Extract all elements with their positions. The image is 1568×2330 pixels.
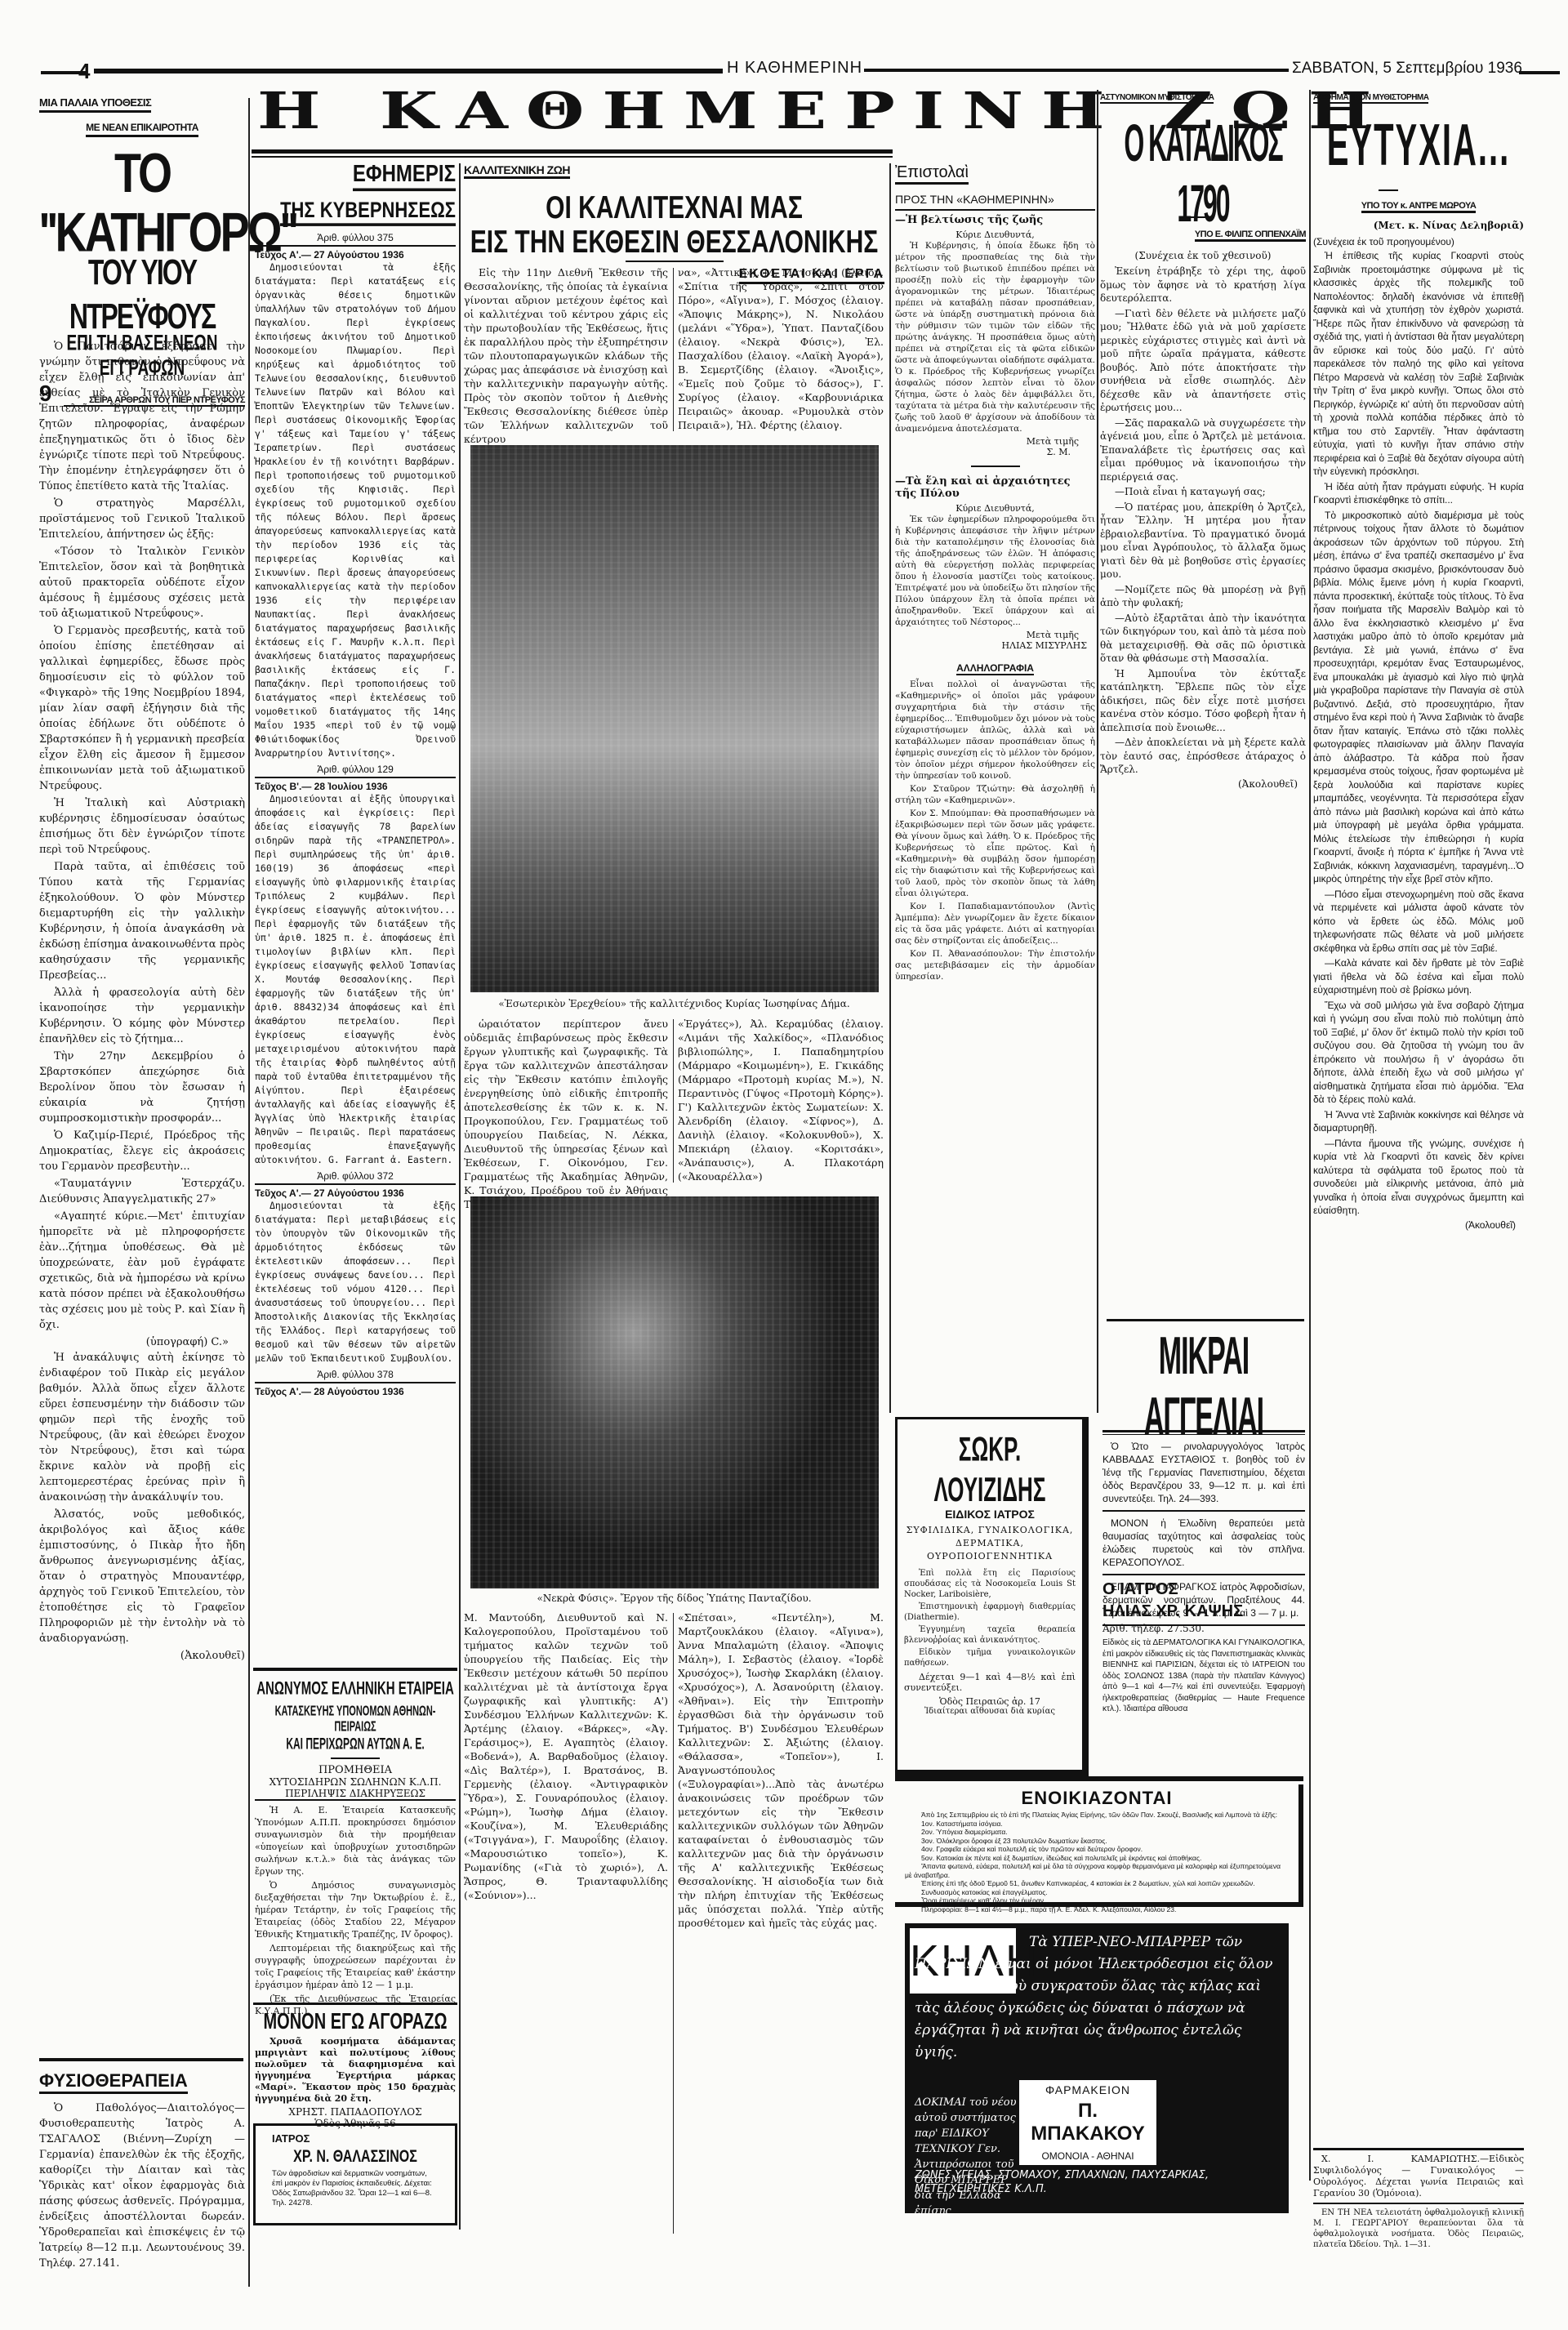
letter-2-title: —Τὰ ἕλη καὶ αἱ ἀρχαιότητες τῆς Πύλου — [895, 475, 1095, 500]
ypap-title-1: ΑΝΩΝΥΜΟΣ ΕΛΛΗΝΙΚΗ ΕΤΑΙΡΕΙΑ — [255, 1678, 456, 1700]
art-title-2: ΕΙΣ ΤΗΝ ΕΚΘΕΣΙΝ ΘΕΣΣΑΛΟΝΙΚΗΣ — [464, 225, 884, 261]
dreyfus-follows: (Ἀκολουθεῖ) — [39, 1648, 245, 1664]
louizidis-ad: ΣΩΚΡ. ΛΟΥΙΖΙΔΗΣ ΕΙΔΙΚΟΣ ΙΑΤΡΟΣ ΣΥΦΙΛΙΔΙΚ… — [895, 1417, 1089, 1776]
gold-rule — [253, 2003, 457, 2005]
column-divider — [248, 98, 250, 2287]
fortune-title: ΕΥΤΥΧΙΑ... — [1313, 114, 1524, 180]
rent-ad: ΕΝΟΙΚΙΑΖΟΝΤΑΙ Ἀπὸ 1ης Σεπτεμβρίου εἰς τὸ… — [895, 1784, 1303, 1907]
classifieds-title: ΜΙΚΡΑΙ ΑΓΓΕΛΙΑΙ — [1102, 1327, 1305, 1448]
masthead-rule — [252, 149, 893, 154]
kili-trial: ΔΟΚΙΜΑΙ τοῦ νέου αὐτοῦ συστήματος παρ' Ε… — [915, 2095, 1019, 2219]
thalassinos-name: ΧΡ. Ν. ΘΑΛΑΣΣΙΝΟΣ — [272, 2148, 439, 2167]
photo-erechtheion — [470, 445, 879, 992]
photo-still-life — [470, 1196, 879, 1588]
gazette-text-2: Δημοσιεύονται αἱ ἑξῆς ὑπουργικαὶ ἀποφάσε… — [255, 792, 456, 1167]
gazette-sheet-372: Ἀριθ. φύλλου 372 — [255, 1170, 456, 1185]
gold-title: ΜΟΝΟΝ ΕΓΩ ΑΓΟΡΑΖΩ — [255, 2009, 456, 2035]
gazette-title-1: ΕΦΗΜΕΡΙΣ — [353, 161, 456, 191]
photo-erechtheion-caption: «Ἐσωτερικὸν Ἐρεχθείου» τῆς καλλιτέχνιδος… — [464, 998, 884, 1009]
header-rule-mid-right — [864, 69, 1289, 72]
convict-follows: (Ἀκολουθεῖ) — [1100, 778, 1306, 790]
gold-name: ΧΡΗΣΤ. ΠΑΠΑΔΟΠΟΥΛΟΣ — [255, 2106, 456, 2118]
ypap-title-2: ΚΑΤΑΣΚΕΥΗΣ ΥΠΟΝΟΜΩΝ ΑΘΗΝΩΝ-ΠΕΙΡΑΙΩΣ — [255, 1704, 456, 1735]
column-divider — [1097, 90, 1098, 1413]
ypap-sub-2: ΧΥΤΟΣΙΔΗΡΩΝ ΣΩΛΗΝΩΝ Κ.Λ.Π. — [255, 1776, 456, 1788]
art-col-1: Εἰς τὴν 11ην Διεθνῆ Ἔκθεσιν τῆς Θεσσαλον… — [464, 265, 668, 448]
kili-headline: Τὰ ΥΠΕΡ-ΝΕΟ-ΜΠΑΡΡΕΡ τῶν ΠΑΡΙΣΙΩΝ εἶναι ο… — [915, 1931, 1282, 2064]
ypap-ad: ΑΝΩΝΥΜΟΣ ΕΛΛΗΝΙΚΗ ΕΤΑΙΡΕΙΑ ΚΑΤΑΣΚΕΥΗΣ ΥΠ… — [255, 1678, 456, 2019]
art-kicker: ΚΑΛΛΙΤΕΧΝΙΚΗ ΖΩΗ — [464, 163, 570, 179]
art-col-3: ὡραιότατον περίπτερον ἄνευ οὐδεμιᾶς ἐπιβ… — [464, 1017, 668, 1213]
kili-ad: ΚΗΛΗ Τὰ ΥΠΕΡ-ΝΕΟ-ΜΠΑΡΡΕΡ τῶν ΠΑΡΙΣΙΩΝ εἶ… — [905, 1923, 1289, 2213]
letters: Ἐπιστολαὶ ΠΡΟΣ ΤΗΝ «ΚΑΘΗΜΕΡΙΝΗΝ» —Ἡ βελτ… — [895, 163, 1095, 984]
louizidis-name: ΣΩΚΡ. ΛΟΥΙΖΙΔΗΣ — [904, 1429, 1076, 1510]
ypap-divider — [331, 1758, 380, 1759]
art-title-1: ΟΙ ΚΑΛΛΙΤΕΧΝΑΙ ΜΑΣ — [464, 190, 884, 226]
right-small-ads: Χ. Ι. ΚΑΜΑΡΙΩΤΗΣ.—Εἰδικὸς Συφιλιδολόγος … — [1313, 2148, 1524, 2250]
fortune-serial: ΑΙΣΘΗΜΑΤΙΚΟΝ ΜΥΘΙΣΤΟΡΗΜΑ ΕΥΤΥΧΙΑ... ΥΠΟ … — [1313, 90, 1524, 1231]
column-divider — [889, 163, 891, 1413]
column-divider — [1309, 90, 1311, 2181]
physio-ad: ΦΥΣΙΟΘΕΡΑΠΕΙΑ Ὁ Παθολόγος—Διαιτολόγος—Φυ… — [39, 2070, 245, 2273]
letter-1-title: —Ἡ βελτίωσις τῆς ζωῆς — [895, 214, 1095, 226]
photo-still-life-caption: «Νεκρὰ Φύσις». Ἔργον τῆς δίδος Ὑπάτης Πα… — [464, 1593, 884, 1604]
convict-serial: ΑΣΤΥΝΟΜΙΚΟΝ ΜΥΘΙΣΤΟΡΗΜΑ Ο ΚΑΤΑΔΙΚΟΣ 1790… — [1100, 90, 1306, 790]
classified-item: ΜΟΝΟΝ ἡ Ἑλωδίνη θεραπεύει μετὰ θαυμασίας… — [1102, 1517, 1305, 1569]
fortune-translator: (Μετ. κ. Νίνας Δεληβοριᾶ) — [1313, 220, 1524, 231]
fortune-kicker: ΑΙΣΘΗΜΑΤΙΚΟΝ ΜΥΘΙΣΤΟΡΗΜΑ — [1313, 93, 1428, 104]
dreyfus-kicker-1: ΜΙΑ ΠΑΛΑΙΑ ΥΠΟΘΕΣΙΣ — [39, 96, 151, 113]
classified-item: Ὁ Ὠτο — ρινολαρυγγολόγος Ἰατρὸς ΚΑΒΒΑΔΑΣ… — [1102, 1440, 1305, 1505]
kapsis-name: ΗΛΙΑΣ ΧΡ. ΚΑΨΗΣ — [1102, 1602, 1305, 1621]
dreyfus-body: Ὁ Πανιτσάρντι ἐξέφρασε τὴν γνώμην ὅτι πι… — [39, 339, 245, 1664]
thalassinos-ad: ΙΑΤΡΟΣ ΧΡ. Ν. ΘΑΛΑΣΣΙΝΟΣ Τῶν ἀφροδισίων … — [253, 2123, 457, 2225]
fortune-follows: (Ἀκολουθεῖ) — [1313, 1219, 1524, 1231]
pharmacy-name: Π. ΜΠΑΚΑΚΟΥ — [1019, 2100, 1156, 2145]
art-col-5: Μ. Μαντούδη, Διευθυντοῦ καὶ Ν. Καλογεροπ… — [464, 1611, 668, 1904]
gazette-text-1: Δημοσιεύονται τὰ ἑξῆς διατάγματα: Περὶ κ… — [255, 261, 456, 760]
fortune-author: ΥΠΟ ΤΟΥ κ. ΑΝΤΡΕ ΜΩΡΟΥΑ — [1361, 201, 1477, 213]
convict-continued: (Συνέχεια ἐκ τοῦ χθεσινοῦ) — [1100, 250, 1306, 261]
ypap-sub-3: ΠΕΡΙΛΗΨΙΣ ΔΙΑΚΗΡΥΞΕΩΣ — [255, 1788, 456, 1801]
column-divider — [459, 163, 461, 2230]
convict-kicker: ΑΣΤΥΝΟΜΙΚΟΝ ΜΥΘΙΣΤΟΡΗΜΑ — [1100, 93, 1214, 104]
thalassinos-label: ΙΑΤΡΟΣ — [272, 2132, 439, 2145]
convict-title: Ο ΚΑΤΑΔΙΚΟΣ 1790 — [1100, 114, 1306, 234]
gazette-title-2: ΤΗΣ ΚΥΒΕΡΝΗΣΕΩΣ — [280, 198, 456, 226]
gazette-sheet-378: Ἀριθ. φύλλου 378 — [255, 1369, 456, 1383]
physio-text: Ὁ Παθολόγος—Διαιτολόγος—Φυσιοθεραπευτὴς … — [39, 2101, 245, 2271]
gazette-sheet-129: Ἀριθ. φύλλου 129 — [255, 764, 456, 778]
ypap-title-3: ΚΑΙ ΠΕΡΙΧΩΡΩΝ ΑΥΤΩΝ Α. Ε. — [255, 1735, 456, 1753]
kamariotis-ad: Χ. Ι. ΚΑΜΑΡΙΩΤΗΣ.—Εἰδικὸς Συφιλιδολόγος … — [1313, 2154, 1524, 2199]
header-paper-name: Η ΚΑΘΗΜΕΡΙΝΗ — [727, 59, 862, 78]
ypap-rule — [253, 1668, 457, 1671]
art-col-2: να», «Ἀττική»), Μ. Ματσάκης (ἐλαιογ. «Σπ… — [678, 265, 884, 434]
art-col-4: «Ἐργάτες»), Ἀλ. Κεραμύδας (ἐλαιογ. «Λιμά… — [678, 1017, 884, 1185]
kapsis-ad-body: Ο ΙΑΤΡΟΣ ΗΛΙΑΣ ΧΡ. ΚΑΨΗΣ Ἀριθ. τηλεφ. 27… — [1102, 1580, 1305, 1715]
dreyfus-signature: (ὑπογραφή) C.» — [39, 1334, 245, 1350]
gazette-issue-3: Τεῦχος Α'.— 27 Αὐγούστου 1936 — [255, 1187, 456, 1199]
dreyfus-kicker-2: ΜΕ ΝΕΑΝ ΕΠΙΚΑΙΡΟΤΗΤΑ — [39, 121, 245, 137]
letters-subtitle: ΠΡΟΣ ΤΗΝ «ΚΑΘΗΜΕΡΙΝΗΝ» — [895, 193, 1095, 211]
physio-rule — [39, 2058, 243, 2061]
header-rule-mid-left — [94, 69, 723, 74]
pharmacy-box: ΦΑΡΜΑΚΕΙΟΝ Π. ΜΠΑΚΑΚΟΥ ΟΜΟΝΟΙΑ - ΑΘΗΝΑΙ — [1019, 2080, 1156, 2165]
gazette: ΕΦΗΜΕΡΙΣ ΤΗΣ ΚΥΒΕΡΝΗΣΕΩΣ Ἀριθ. φύλλου 37… — [255, 163, 456, 1397]
letters-title: Ἐπιστολαὶ — [895, 163, 969, 185]
gazette-text-3: Δημοσιεύονται τὰ ἑξῆς διατάγματα: Περὶ μ… — [255, 1199, 456, 1365]
rent-title: ΕΝΟΙΚΙΑΖΟΝΤΑΙ — [905, 1788, 1289, 1809]
gazette-issue-2: Τεῦχος Β'.— 28 Ἰουλίου 1936 — [255, 781, 456, 792]
correspondence-title: ΑΛΛΗΛΟΓΡΑΦΙΑ — [956, 662, 1034, 675]
art-col-6: «Σπέτσαι», «Πεντέλη»), Μ. Μαρτζουκλάκου … — [678, 1611, 884, 1931]
gazette-issue-1: Τεῦχος Α'.— 27 Αὐγούστου 1936 — [255, 249, 456, 261]
ypap-sub-1: ΠΡΟΜΗΘΕΙΑ — [255, 1764, 456, 1776]
physio-title: ΦΥΣΙΟΘΕΡΑΠΕΙΑ — [39, 2070, 245, 2094]
fortune-continued: (Συνέχεια ἐκ τοῦ προηγουμένου) — [1313, 236, 1524, 247]
gazette-sheet-375: Ἀριθ. φύλλου 375 — [255, 232, 456, 247]
kili-products: ΖΩΝΕΣ ΥΓΕΙΑΣ, ΣΤΟΜΑΧΟΥ, ΣΠΛΑΧΝΩΝ, ΠΑΧΥΣΑ… — [915, 2168, 1282, 2196]
header-rule-right — [1519, 71, 1560, 74]
gazette-issue-4: Τεῦχος Α'.— 28 Αὐγούστου 1936 — [255, 1386, 456, 1397]
page-number: 4 — [78, 59, 90, 84]
masthead-rule-thin — [252, 156, 893, 158]
header-date: ΣΑΒΒΑΤΟΝ, 5 Σεπτεμβρίου 1936 — [1292, 60, 1522, 78]
dreyfus-title-2: ΤΟΥ ΥΙΟΥ ΝΤΡΕΫΦΟΥΣ — [39, 250, 245, 338]
dreyfus-title-1: ΤΟ ''ΚΑΤΗΓΟΡΩ'' — [39, 144, 245, 262]
gold-ad: ΜΟΝΟΝ ΕΓΩ ΑΓΟΡΑΖΩ Χρυσᾶ κοσμήματα ἀδάμαν… — [255, 2009, 456, 2129]
georgariou-ad: ΕΝ ΤΗ ΝΕΑ τελειοτάτη ὀφθαλμολογικῇ κλινι… — [1313, 2207, 1524, 2250]
